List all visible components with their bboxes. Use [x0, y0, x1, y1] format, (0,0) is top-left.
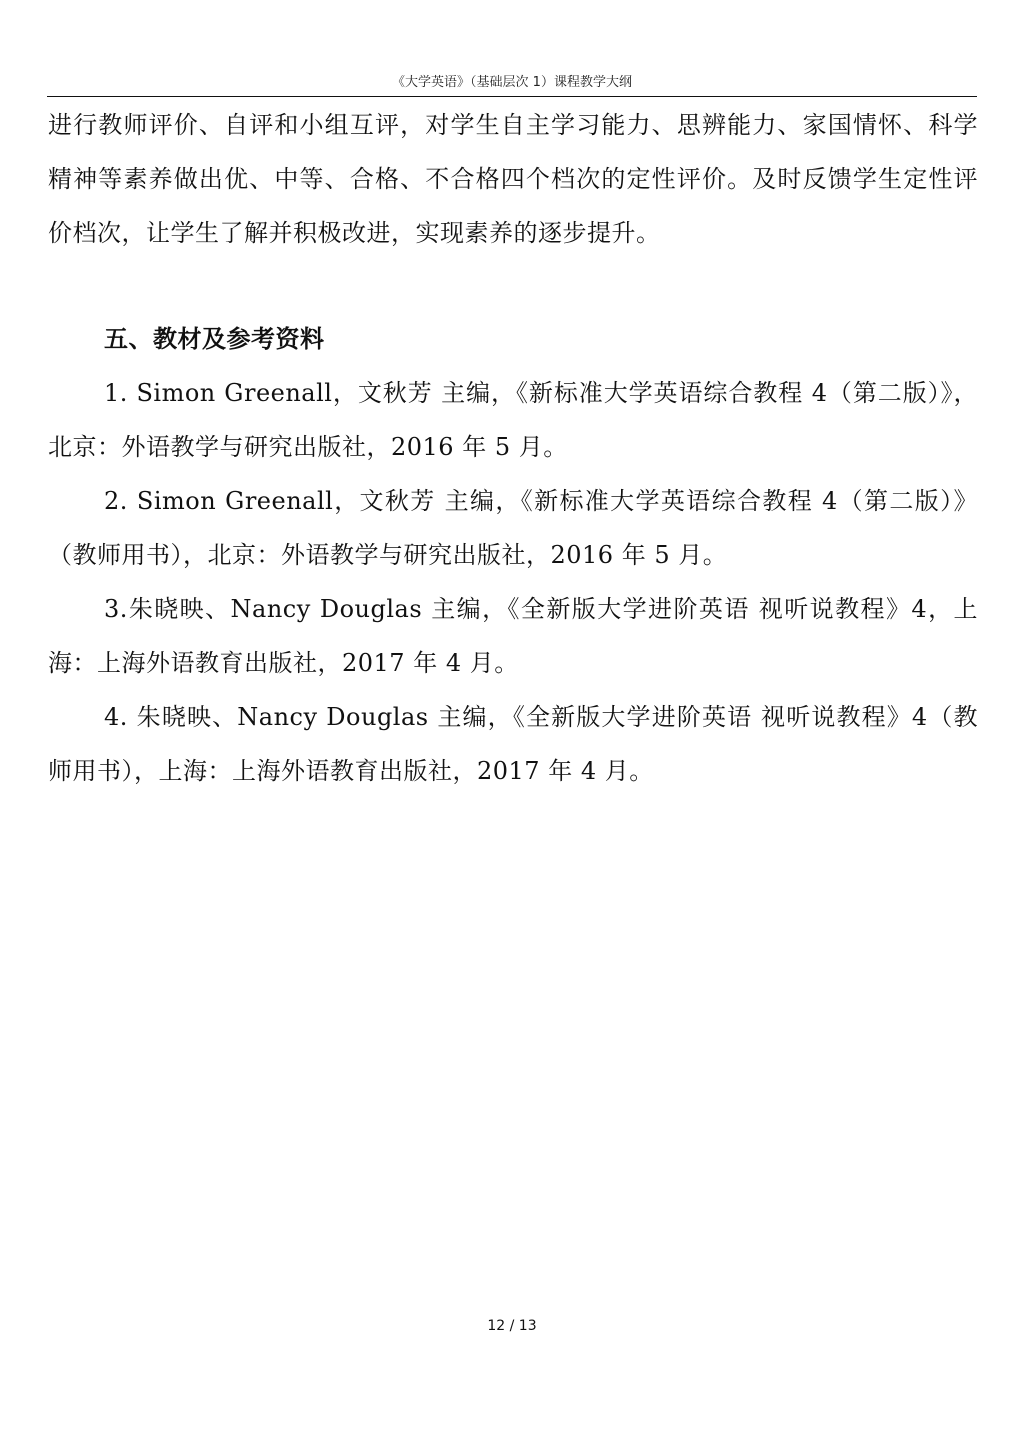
references-section: 五、教材及参考资料 1. Simon Greenall，文秋芳 主编，《新标准大… [48, 312, 978, 798]
document-title: 《大学英语》（基础层次 1）课程教学大纲 [392, 75, 632, 90]
continued-paragraph: 进行教师评价、自评和小组互评，对学生自主学习能力、思辨能力、家国情怀、科学精神等… [48, 98, 978, 260]
page-footer: 12 / 13 [0, 1318, 1024, 1334]
page-number: 12 / 13 [487, 1318, 536, 1334]
reference-item-4: 4. 朱晓映、Nancy Douglas 主编，《全新版大学进阶英语 视听说教程… [48, 690, 978, 798]
section-heading: 五、教材及参考资料 [48, 312, 978, 366]
document-body: 进行教师评价、自评和小组互评，对学生自主学习能力、思辨能力、家国情怀、科学精神等… [48, 98, 978, 260]
header-divider [47, 96, 977, 97]
page-header: 《大学英语》（基础层次 1）课程教学大纲 [47, 74, 977, 96]
reference-item-2: 2. Simon Greenall，文秋芳 主编，《新标准大学英语综合教程 4（… [48, 474, 978, 582]
reference-item-1: 1. Simon Greenall，文秋芳 主编，《新标准大学英语综合教程 4（… [48, 366, 978, 474]
reference-item-3: 3.朱晓映、Nancy Douglas 主编，《全新版大学进阶英语 视听说教程》… [48, 582, 978, 690]
